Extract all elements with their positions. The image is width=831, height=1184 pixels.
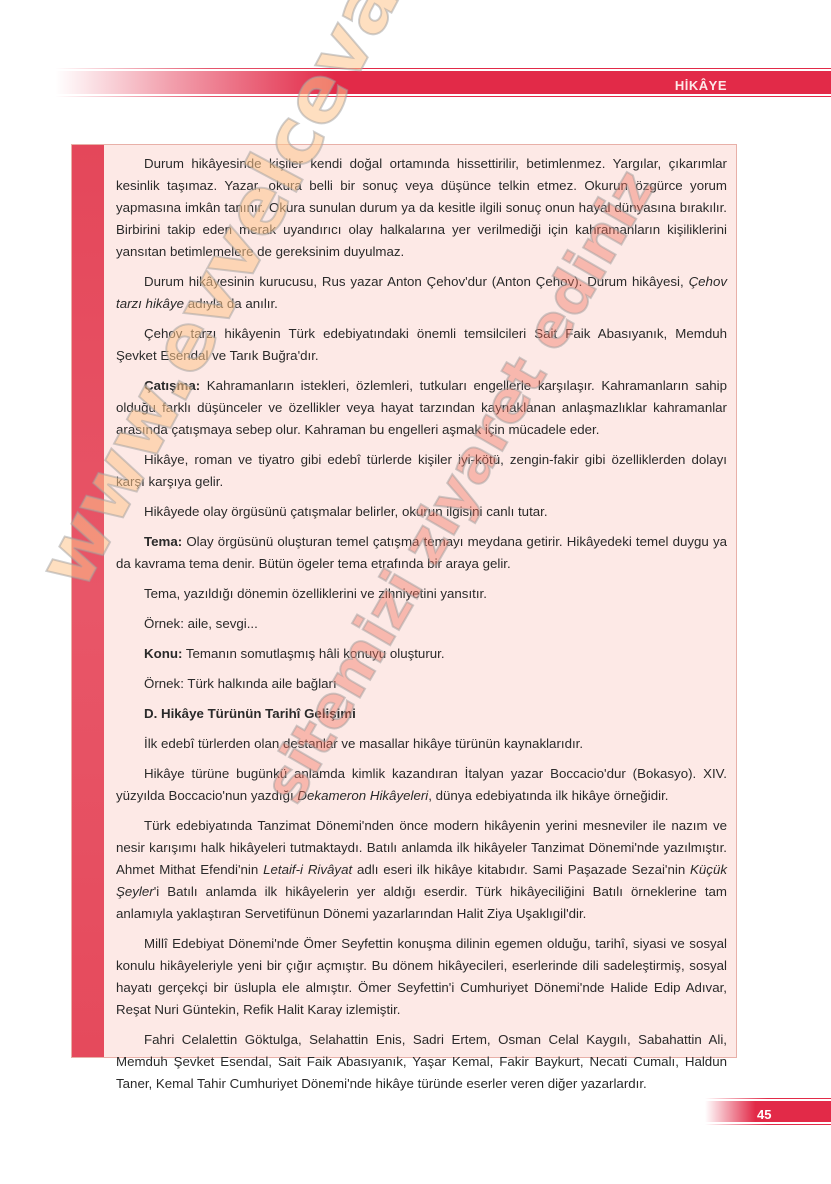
term-label: Çatışma: (144, 378, 200, 393)
footer-bar: 45 (705, 1101, 831, 1122)
paragraph: Tema, yazıldığı dönemin özelliklerini ve… (116, 583, 727, 605)
page-number-band: 45 (705, 1098, 831, 1126)
work-title: Çehov tarzı hikâye (116, 274, 727, 311)
paragraph: Çehov tarzı hikâyenin Türk edebiyatındak… (116, 323, 727, 367)
paragraph: İlk edebî türlerden olan destanlar ve ma… (116, 733, 727, 755)
paragraph: Hikâyede olay örgüsünü çatışmalar belirl… (116, 501, 727, 523)
paragraph: Türk edebiyatında Tanzimat Dönemi'nden ö… (116, 815, 727, 925)
paragraph: Durum hikâyesinin kurucusu, Rus yazar An… (116, 271, 727, 315)
term-label: Tema: (144, 534, 182, 549)
paragraph: Millî Edebiyat Dönemi'nde Ömer Seyfettin… (116, 933, 727, 1021)
footer-rule-top (705, 1098, 831, 1099)
paragraph: Tema: Olay örgüsünü oluşturan temel çatı… (116, 531, 727, 575)
paragraph: Hikâye türüne bugünkü anlamda kimlik kaz… (116, 763, 727, 807)
header-rule-bottom (55, 96, 831, 97)
footer-rule-bottom (705, 1124, 831, 1125)
section-title: HİKÂYE (675, 75, 727, 97)
paragraph: Örnek: aile, sevgi... (116, 613, 727, 635)
paragraph: Durum hikâyesinde kişiler kendi doğal or… (116, 153, 727, 263)
body-text: Durum hikâyesinde kişiler kendi doğal or… (116, 153, 727, 1103)
section-header-band: HİKÂYE (55, 68, 831, 98)
left-accent-stripe (72, 145, 104, 1057)
paragraph: Örnek: Türk halkında aile bağları (116, 673, 727, 695)
content-box: Durum hikâyesinde kişiler kendi doğal or… (71, 144, 737, 1058)
term-label: Konu: (144, 646, 182, 661)
paragraph: Fahri Celalettin Göktulga, Selahattin En… (116, 1029, 727, 1095)
header-bar: HİKÂYE (55, 71, 831, 94)
work-title: Küçük Şeyler (116, 862, 727, 899)
header-rule-top (55, 68, 831, 69)
work-title: Dekameron Hikâyeleri (297, 788, 428, 803)
work-title: Letaif-i Rivâyat (263, 862, 352, 877)
paragraph: Konu: Temanın somutlaşmış hâli konuyu ol… (116, 643, 727, 665)
page-number: 45 (757, 1104, 771, 1125)
paragraph: Çatışma: Kahramanların istekleri, özleml… (116, 375, 727, 441)
paragraph: Hikâye, roman ve tiyatro gibi edebî türl… (116, 449, 727, 493)
section-heading: D. Hikâye Türünün Tarihî Gelişimi (116, 703, 727, 725)
